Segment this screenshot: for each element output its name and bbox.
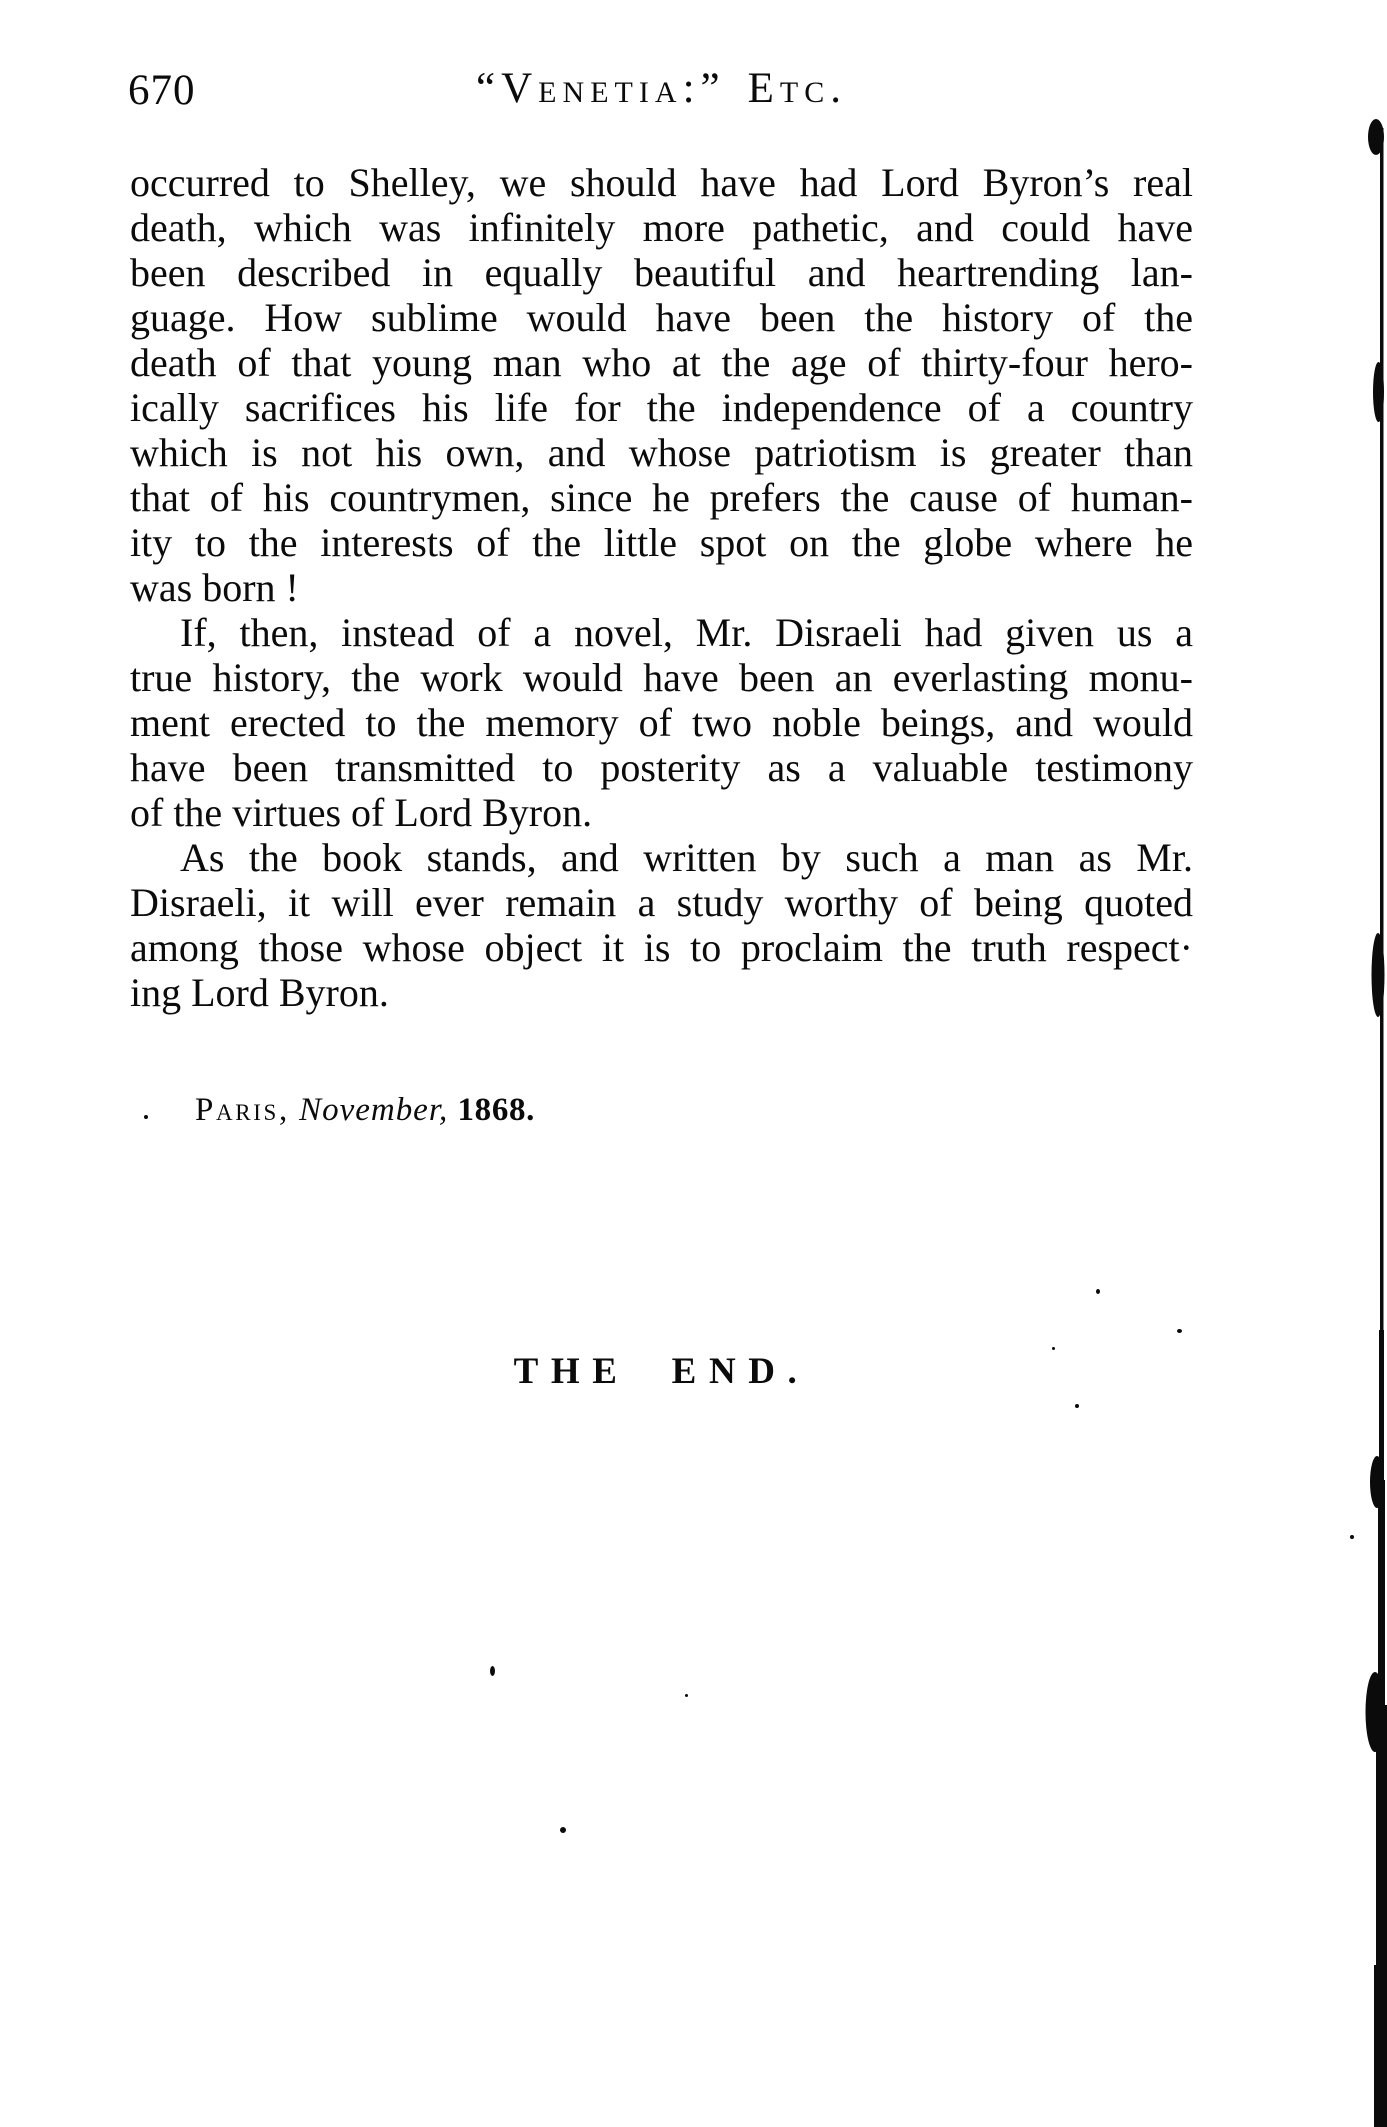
ink-speck <box>144 1115 148 1119</box>
text-line: If, then, instead of a novel, Mr. Disrae… <box>130 610 1193 655</box>
dateline: Paris, November, 1868. <box>195 1092 535 1129</box>
text-line: was born ! <box>130 565 1193 610</box>
text-line: have been transmitted to posterity as a … <box>130 745 1193 790</box>
text-line: among those whose object it is to procla… <box>130 925 1193 970</box>
dateline-place: Paris, <box>195 1092 290 1128</box>
text-line: guage. How sublime would have been the h… <box>130 295 1193 340</box>
ink-speck <box>490 1666 495 1676</box>
ink-speck <box>1052 1347 1055 1350</box>
ink-speck <box>1350 1535 1354 1539</box>
text-line: death of that young man who at the age o… <box>130 340 1193 385</box>
ink-speck <box>560 1827 566 1833</box>
text-line: ity to the interests of the little spot … <box>130 520 1193 565</box>
text-line: Disraeli, it will ever remain a study wo… <box>130 880 1193 925</box>
ink-speck <box>1096 1289 1100 1294</box>
text-line: that of his countrymen, since he prefers… <box>130 475 1193 520</box>
text-line: which is not his own, and whose patrioti… <box>130 430 1193 475</box>
text-line: ing Lord Byron. <box>130 970 1193 1015</box>
text-line: occurred to Shelley, we should have had … <box>130 160 1193 205</box>
running-title: “Venetia:” Etc. <box>130 64 1193 113</box>
dateline-month: November, <box>299 1092 448 1128</box>
text-line: ically sacrifices his life for the indep… <box>130 385 1193 430</box>
ink-speck <box>685 1694 688 1697</box>
page-edge-artifact <box>1363 0 1387 2127</box>
text-line: been described in equally beautiful and … <box>130 250 1193 295</box>
body-text: occurred to Shelley, we should have had … <box>130 160 1193 1015</box>
ink-speck <box>1075 1404 1079 1408</box>
text-line: of the virtues of Lord Byron. <box>130 790 1193 835</box>
text-line: ment erected to the memory of two noble … <box>130 700 1193 745</box>
text-line: As the book stands, and written by such … <box>130 835 1193 880</box>
the-end-label: THE END. <box>130 1350 1193 1393</box>
book-page-scan: 670 “Venetia:” Etc. occurred to Shelley,… <box>0 0 1387 2127</box>
ink-speck <box>1177 1329 1182 1333</box>
text-line: death, which was infinitely more patheti… <box>130 205 1193 250</box>
dateline-year: 1868. <box>458 1092 536 1128</box>
text-line: true history, the work would have been a… <box>130 655 1193 700</box>
